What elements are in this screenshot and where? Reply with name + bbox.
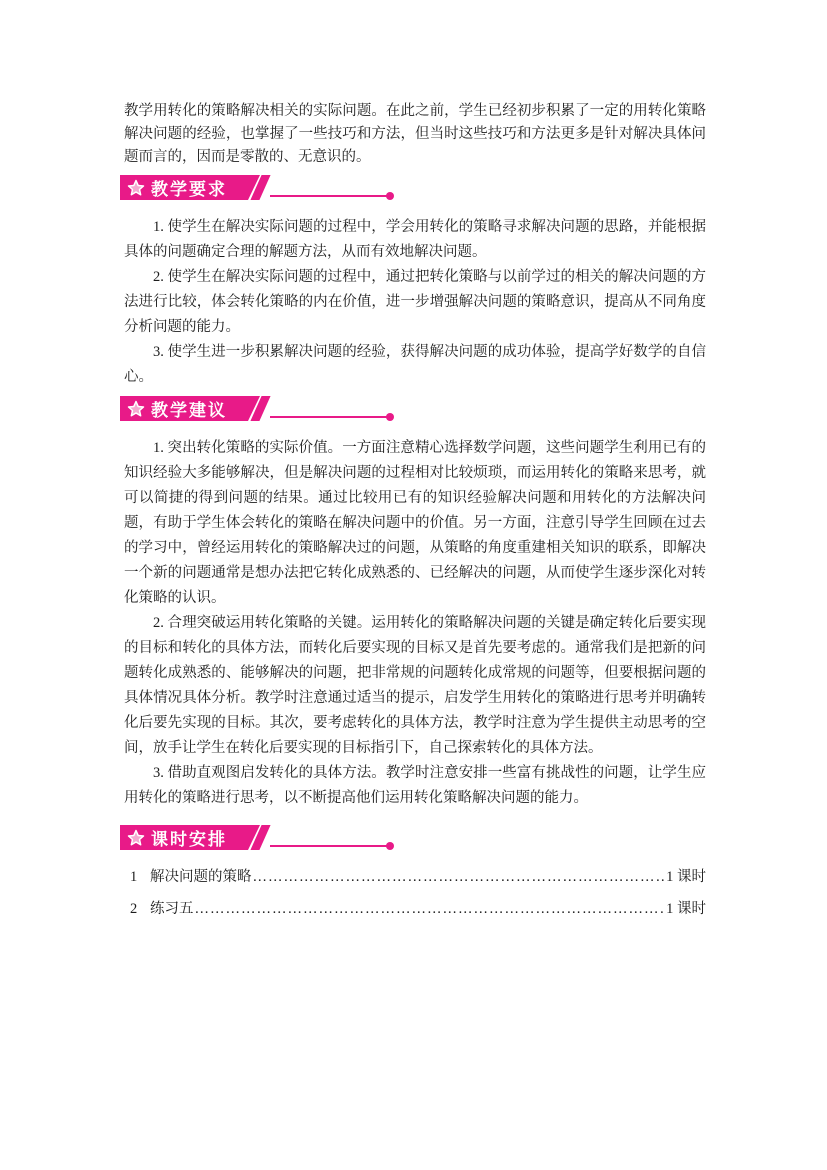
- schedule-row: 1 解决问题的策略 …………………………………………………………………………………: [130, 865, 706, 890]
- schedule-number: 2: [130, 897, 150, 922]
- section-header-teaching-suggestions: 教学建议: [120, 396, 706, 421]
- schedule-title: 练习五: [150, 897, 194, 922]
- schedule-number: 1: [130, 865, 150, 890]
- header-rule-line: [270, 845, 388, 847]
- header-rule-dot: [386, 413, 394, 421]
- header-rule-line: [270, 195, 388, 197]
- intro-paragraph: 教学用转化的策略解决相关的实际问题。在此之前，学生已经初步积累了一定的用转化策略…: [124, 100, 706, 169]
- star-icon: [127, 400, 145, 418]
- header-rule-line: [270, 416, 388, 418]
- section-header-teaching-requirements: 教学要求: [120, 175, 706, 200]
- section-title: 教学要求: [151, 175, 227, 200]
- section-header-lesson-schedule: 课时安排: [120, 825, 706, 850]
- section-header-ribbon: 教学建议: [120, 396, 260, 421]
- section-header-ribbon: 教学要求: [120, 175, 260, 200]
- page-content: 教学用转化的策略解决相关的实际问题。在此之前，学生已经初步积累了一定的用转化策略…: [124, 100, 706, 922]
- header-rule-dot: [386, 192, 394, 200]
- suggestion-item: 1. 突出转化策略的实际价值。一方面注意精心选择数学问题，这些问题学生利用已有的…: [124, 436, 706, 611]
- star-icon: [127, 179, 145, 197]
- dot-leader: ……………………………………………………………………………………………………………: [195, 897, 666, 922]
- section-title: 教学建议: [151, 396, 227, 421]
- requirement-item: 2. 使学生在解决实际问题的过程中，通过把转化策略与以前学过的相关的解决问题的方…: [124, 265, 706, 340]
- header-rule-dot: [386, 842, 394, 850]
- schedule-duration: 1 课时: [666, 865, 706, 890]
- schedule-title: 解决问题的策略: [150, 865, 252, 890]
- suggestion-item: 3. 借助直观图启发转化的具体方法。教学时注意安排一些富有挑战性的问题，让学生应…: [124, 761, 706, 811]
- schedule-duration: 1 课时: [666, 897, 706, 922]
- requirement-item: 3. 使学生进一步积累解决问题的经验，获得解决问题的成功体验，提高学好数学的自信…: [124, 340, 706, 390]
- requirement-item: 1. 使学生在解决实际问题的过程中，学会用转化的策略寻求解决问题的思路，并能根据…: [124, 215, 706, 265]
- star-icon: [127, 829, 145, 847]
- schedule-row: 2 练习五 ……………………………………………………………………………………………: [130, 897, 706, 922]
- suggestion-item: 2. 合理突破运用转化策略的关键。运用转化的策略解决问题的关键是确定转化后要实现…: [124, 611, 706, 761]
- document-page: 教学用转化的策略解决相关的实际问题。在此之前，学生已经初步积累了一定的用转化策略…: [0, 0, 827, 1170]
- section-title: 课时安排: [151, 825, 227, 850]
- dot-leader: ……………………………………………………………………………………………………………: [253, 865, 666, 890]
- section-header-ribbon: 课时安排: [120, 825, 260, 850]
